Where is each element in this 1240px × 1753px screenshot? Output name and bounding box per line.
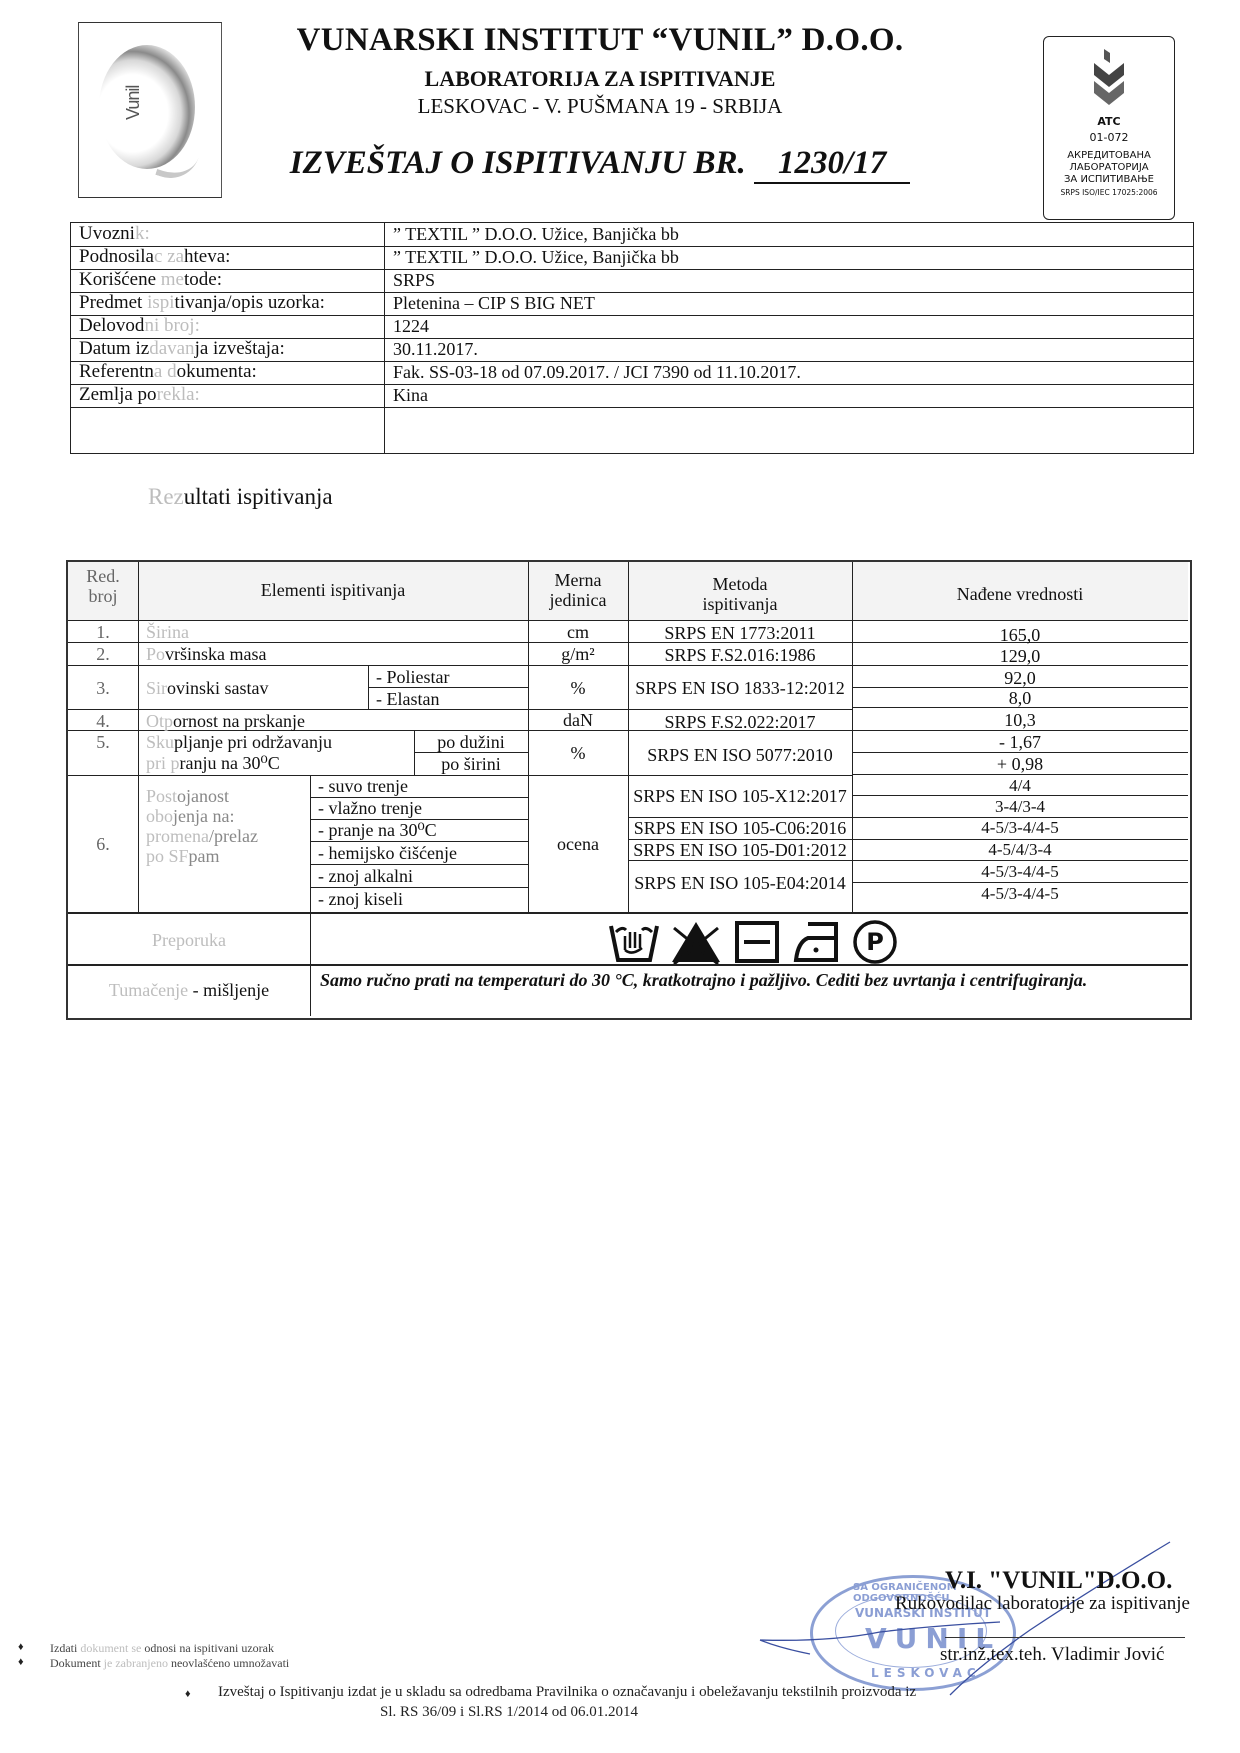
row3-value-elastane: 8,0 <box>852 688 1188 708</box>
lab-address: LESKOVAC - V. PUŠMANA 19 - SRBIJA <box>230 94 970 119</box>
atc-number: 01-072 <box>1044 131 1174 144</box>
col-header-method: Metodaispitivanja <box>628 574 852 614</box>
care-symbols: P <box>608 920 928 964</box>
report-title-prefix: IZVEŠTAJ O ISPITIVANJU BR. <box>290 145 746 181</box>
footer-note-1: Izdati dokument se odnosi na ispitivani … <box>50 1641 274 1656</box>
logo-q-tail <box>155 146 199 186</box>
signature-scribble <box>750 1530 1190 1700</box>
applicant-value: ” TEXTIL ” D.O.O. Užice, Banjička bb <box>393 246 679 268</box>
row6-value-dry-clean: 4-5/4/3-4 <box>852 840 1188 860</box>
footer-note-3-line1: Izveštaj o Ispitivanju izdat je u skladu… <box>218 1684 916 1701</box>
info-row-file-number: Delovodni broj: 1224 <box>71 315 1193 339</box>
row6-value-dry-rub: 4/4 <box>852 776 1188 796</box>
row3-value-polyester: 92,0 <box>852 668 1188 688</box>
footer-note-2: Dokument je zabranjeno neovlašćeno umnož… <box>50 1656 289 1671</box>
row5-element-line2: pri pranju na 30⁰C <box>146 753 280 773</box>
col-header-value: Nađene vrednosti <box>852 584 1188 604</box>
lab-name: LABORATORIJA ZA ISPITIVANJE <box>230 66 970 92</box>
opinion-text: Samo ručno prati na temperaturi do 30 °C… <box>320 970 1180 990</box>
file-number-value: 1224 <box>393 315 429 337</box>
low-iron-icon <box>792 920 844 964</box>
info-row-subject: Predmet ispitivanja/opis uzorka: Pleteni… <box>71 292 1193 316</box>
row5-element-line1: Skupljanje pri održavanju <box>146 732 332 752</box>
row6-value-sweat-alkaline: 4-5/3-4/4-5 <box>852 862 1188 882</box>
hand-wash-icon <box>608 920 660 964</box>
row4-value: 10,3 <box>852 710 1188 730</box>
accreditation-badge: ATC 01-072 АКРЕДИТОВАНА ЛАБОРАТОРИЈА ЗА … <box>1043 36 1175 220</box>
atc-code: ATC <box>1044 115 1174 128</box>
logo-text: Vunil <box>123 63 163 143</box>
info-row-applicant: Podnosilac zahtеva: ” TEXTIL ” D.O.O. Už… <box>71 246 1193 270</box>
report-number: 1230/17 <box>754 145 910 184</box>
row1-value: 165,0 <box>852 625 1188 645</box>
atc-text: АКРЕДИТОВАНА ЛАБОРАТОРИЈА ЗА ИСПИТИВАЊЕ <box>1044 150 1174 186</box>
signature-name: str.inž.tex.teh. Vladimir Jović <box>940 1644 1164 1666</box>
row5-value-width: + 0,98 <box>852 754 1188 774</box>
row2-element: Površinska masa <box>146 644 267 664</box>
col-header-unit: Mernajedinica <box>528 570 628 610</box>
dry-flat-icon <box>734 920 780 964</box>
row4-element: Otpornost na prskanje <box>146 711 305 731</box>
dry-clean-p-icon: P <box>852 919 898 965</box>
svg-text:P: P <box>866 928 884 956</box>
atc-chevron-icon <box>1090 49 1128 111</box>
origin-value: Kina <box>393 384 428 406</box>
opinion-label: Tumačenje - mišljenje <box>68 980 310 1000</box>
col-header-element: Elementi ispitivanja <box>138 580 528 600</box>
results-section-title: Rezultati ispitivanja <box>148 484 333 510</box>
care-label-title: Preporuka <box>68 930 310 950</box>
report-title: IZVEŠTAJ O ISPITIVANJU BR. 1230/17 <box>230 145 970 184</box>
row6-value-sweat-acid: 4-5/3-4/4-5 <box>852 884 1188 904</box>
info-row-methods: Korišćene metode: SRPS <box>71 269 1193 293</box>
row3-element: Sirovinski sastav <box>146 678 269 698</box>
row6-element: Postojanost obojenja na: promena/prelaz … <box>146 786 258 866</box>
results-table: Red.broj Elementi ispitivanja Mernajedin… <box>66 560 1192 1020</box>
row5-value-length: - 1,67 <box>852 732 1188 752</box>
methods-value: SRPS <box>393 269 435 291</box>
subject-value: Pletenina – CIP S BIG NET <box>393 292 595 314</box>
institute-name: VUNARSKI INSTITUT “VUNIL” D.O.O. <box>230 22 970 59</box>
info-row-issue-date: Datum izdavanja izveštaja: 30.11.2017. <box>71 338 1193 362</box>
signature-line <box>945 1637 1185 1638</box>
row1-element: Širina <box>146 622 189 642</box>
institute-logo: Vunil <box>78 22 222 198</box>
col-header-no: Red.broj <box>68 566 138 606</box>
atc-standard: SRPS ISO/IEC 17025:2006 <box>1044 188 1174 197</box>
no-bleach-icon <box>670 920 722 964</box>
row6-value-wet-rub: 3-4/3-4 <box>852 797 1188 817</box>
info-row-references: Referentna dokumenta: Fak. SS-03-18 od 0… <box>71 361 1193 385</box>
references-value: Fak. SS-03-18 od 07.09.2017. / JCI 7390 … <box>393 361 801 383</box>
bullet-icon: ♦ <box>18 1656 24 1668</box>
signature-role: Rukovodilac laboratorije za ispitivanje <box>895 1593 1190 1615</box>
bullet-icon: ♦ <box>18 1641 24 1653</box>
importer-value: ” TEXTIL ” D.O.O. Užice, Banjička bb <box>393 223 679 245</box>
info-row-origin: Zemlja porekla: Kina <box>71 384 1193 408</box>
info-row-importer: Uvoznik: ” TEXTIL ” D.O.O. Užice, Banjič… <box>71 223 1193 247</box>
signature-org: V.I. "VUNIL"D.O.O. <box>945 1567 1172 1595</box>
bullet-icon: ♦ <box>185 1688 191 1700</box>
report-info-table: Uvoznik: ” TEXTIL ” D.O.O. Užice, Banjič… <box>70 222 1194 454</box>
footer-note-3-line2: Sl. RS 36/09 i Sl.RS 1/2014 od 06.01.201… <box>380 1704 638 1721</box>
row6-value-wash: 4-5/3-4/4-5 <box>852 818 1188 838</box>
row2-value: 129,0 <box>852 646 1188 666</box>
issue-date-value: 30.11.2017. <box>393 338 478 360</box>
